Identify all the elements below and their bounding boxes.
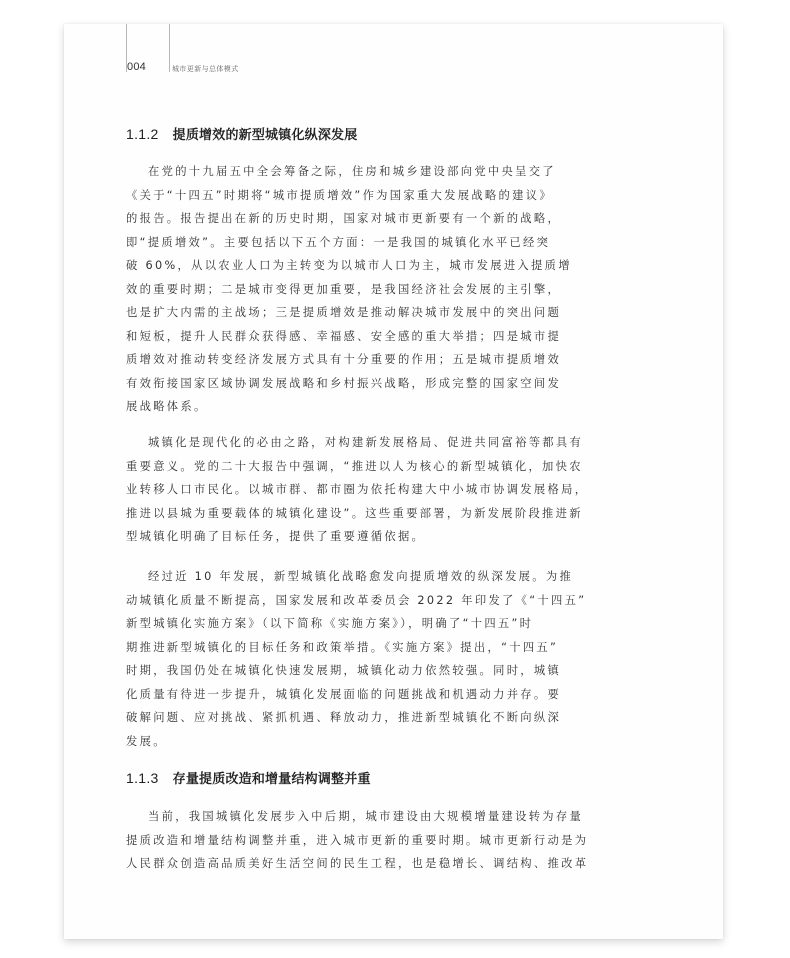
text-line: 和短板，提升人民群众获得感、幸福感、安全感的重大举措；四是城市提 (126, 325, 510, 349)
text-line: 质增效对推动转变经济发展方式具有十分重要的作用；五是城市提质增效 (126, 348, 510, 372)
text-line: 时期，我国仍处在城镇化快速发展期，城镇化动力依然较强。同时，城镇 (126, 659, 510, 683)
text-line: 也是扩大内需的主战场；三是提质增效是推动解决城市发展中的突出问题 (126, 301, 510, 325)
text-line: 动城镇化质量不断提高，国家发展和改革委员会 2022 年印发了《“十四五” (126, 589, 510, 613)
paragraph: 在党的十九届五中全会筹备之际，住房和城乡建设部向党中央呈交了 《关于“十四五”时… (126, 160, 510, 419)
text-line: 破解问题、应对挑战、紧抓机遇、释放动力，推进新型城镇化不断向纵深 (126, 706, 510, 730)
paragraph: 经过近 10 年发展，新型城镇化战略愈发向提质增效的纵深发展。为推 动城镇化质量… (126, 565, 510, 753)
text-line: 化质量有待进一步提升，城镇化发展面临的问题挑战和机遇动力并存。要 (126, 683, 510, 707)
text-line: 即“提质增效”。主要包括以下五个方面：一是我国的城镇化水平已经突 (126, 231, 510, 255)
paragraph: 城镇化是现代化的必由之路，对构建新发展格局、促进共同富裕等都具有 重要意义。党的… (126, 431, 510, 549)
text-line: 当前，我国城镇化发展步入中后期，城市建设由大规模增量建设转为存量 (126, 805, 510, 829)
section-number: 1.1.2 (126, 126, 159, 142)
text-line: 推进以县城为重要载体的城镇化建设”。这些重要部署，为新发展阶段推进新 (126, 502, 510, 526)
text-line: 效的重要时期；二是城市变得更加重要，是我国经济社会发展的主引擎， (126, 278, 510, 302)
text-line: 重要意义。党的二十大报告中强调，“推进以人为核心的新型城镇化，加快农 (126, 455, 510, 479)
book-page: 004 城市更新与总体模式 1.1.2提质增效的新型城镇化纵深发展 在党的十九届… (64, 24, 723, 939)
text-line: 型城镇化明确了目标任务，提供了重要遵循依据。 (126, 525, 510, 549)
text-line: 期推进新型城镇化的目标任务和政策举措。《实施方案》提出，“十四五” (126, 636, 510, 660)
text-line: 《关于“十四五”时期将“城市提质增效”作为国家重大发展战略的建议》 (126, 184, 510, 208)
text-line: 业转移人口市民化。以城市群、都市圈为依托构建大中小城市协调发展格局， (126, 478, 510, 502)
running-title: 城市更新与总体模式 (172, 64, 239, 74)
text-line: 的报告。报告提出在新的历史时期，国家对城市更新要有一个新的战略， (126, 207, 510, 231)
text-line: 提质改造和增量结构调整并重，进入城市更新的重要时期。城市更新行动是为 (126, 829, 510, 853)
text-line: 经过近 10 年发展，新型城镇化战略愈发向提质增效的纵深发展。为推 (126, 565, 510, 589)
text-line: 人民群众创造高品质美好生活空间的民生工程，也是稳增长、调结构、推改革 (126, 852, 510, 876)
section-number: 1.1.3 (126, 770, 159, 786)
page-number: 004 (127, 61, 146, 73)
text-line: 发展。 (126, 730, 510, 754)
text-line: 破 60%，从以农业人口为主转变为以城市人口为主，城市发展进入提质增 (126, 254, 510, 278)
text-line: 在党的十九届五中全会筹备之际，住房和城乡建设部向党中央呈交了 (126, 160, 510, 184)
text-line: 有效衔接国家区域协调发展战略和乡村振兴战略，形成完整的国家空间发 (126, 372, 510, 396)
text-line: 展战略体系。 (126, 395, 510, 419)
section-title: 提质增效的新型城镇化纵深发展 (173, 128, 358, 143)
section-heading-1-1-2: 1.1.2提质增效的新型城镇化纵深发展 (126, 124, 357, 143)
paragraph: 当前，我国城镇化发展步入中后期，城市建设由大规模增量建设转为存量 提质改造和增量… (126, 805, 510, 876)
header-rule-right (169, 24, 170, 72)
section-heading-1-1-3: 1.1.3存量提质改造和增量结构调整并重 (126, 768, 371, 787)
text-line: 新型城镇化实施方案》（以下简称《实施方案》），明确了“十四五”时 (126, 612, 510, 636)
text-line: 城镇化是现代化的必由之路，对构建新发展格局、促进共同富裕等都具有 (126, 431, 510, 455)
section-title: 存量提质改造和增量结构调整并重 (173, 772, 371, 787)
